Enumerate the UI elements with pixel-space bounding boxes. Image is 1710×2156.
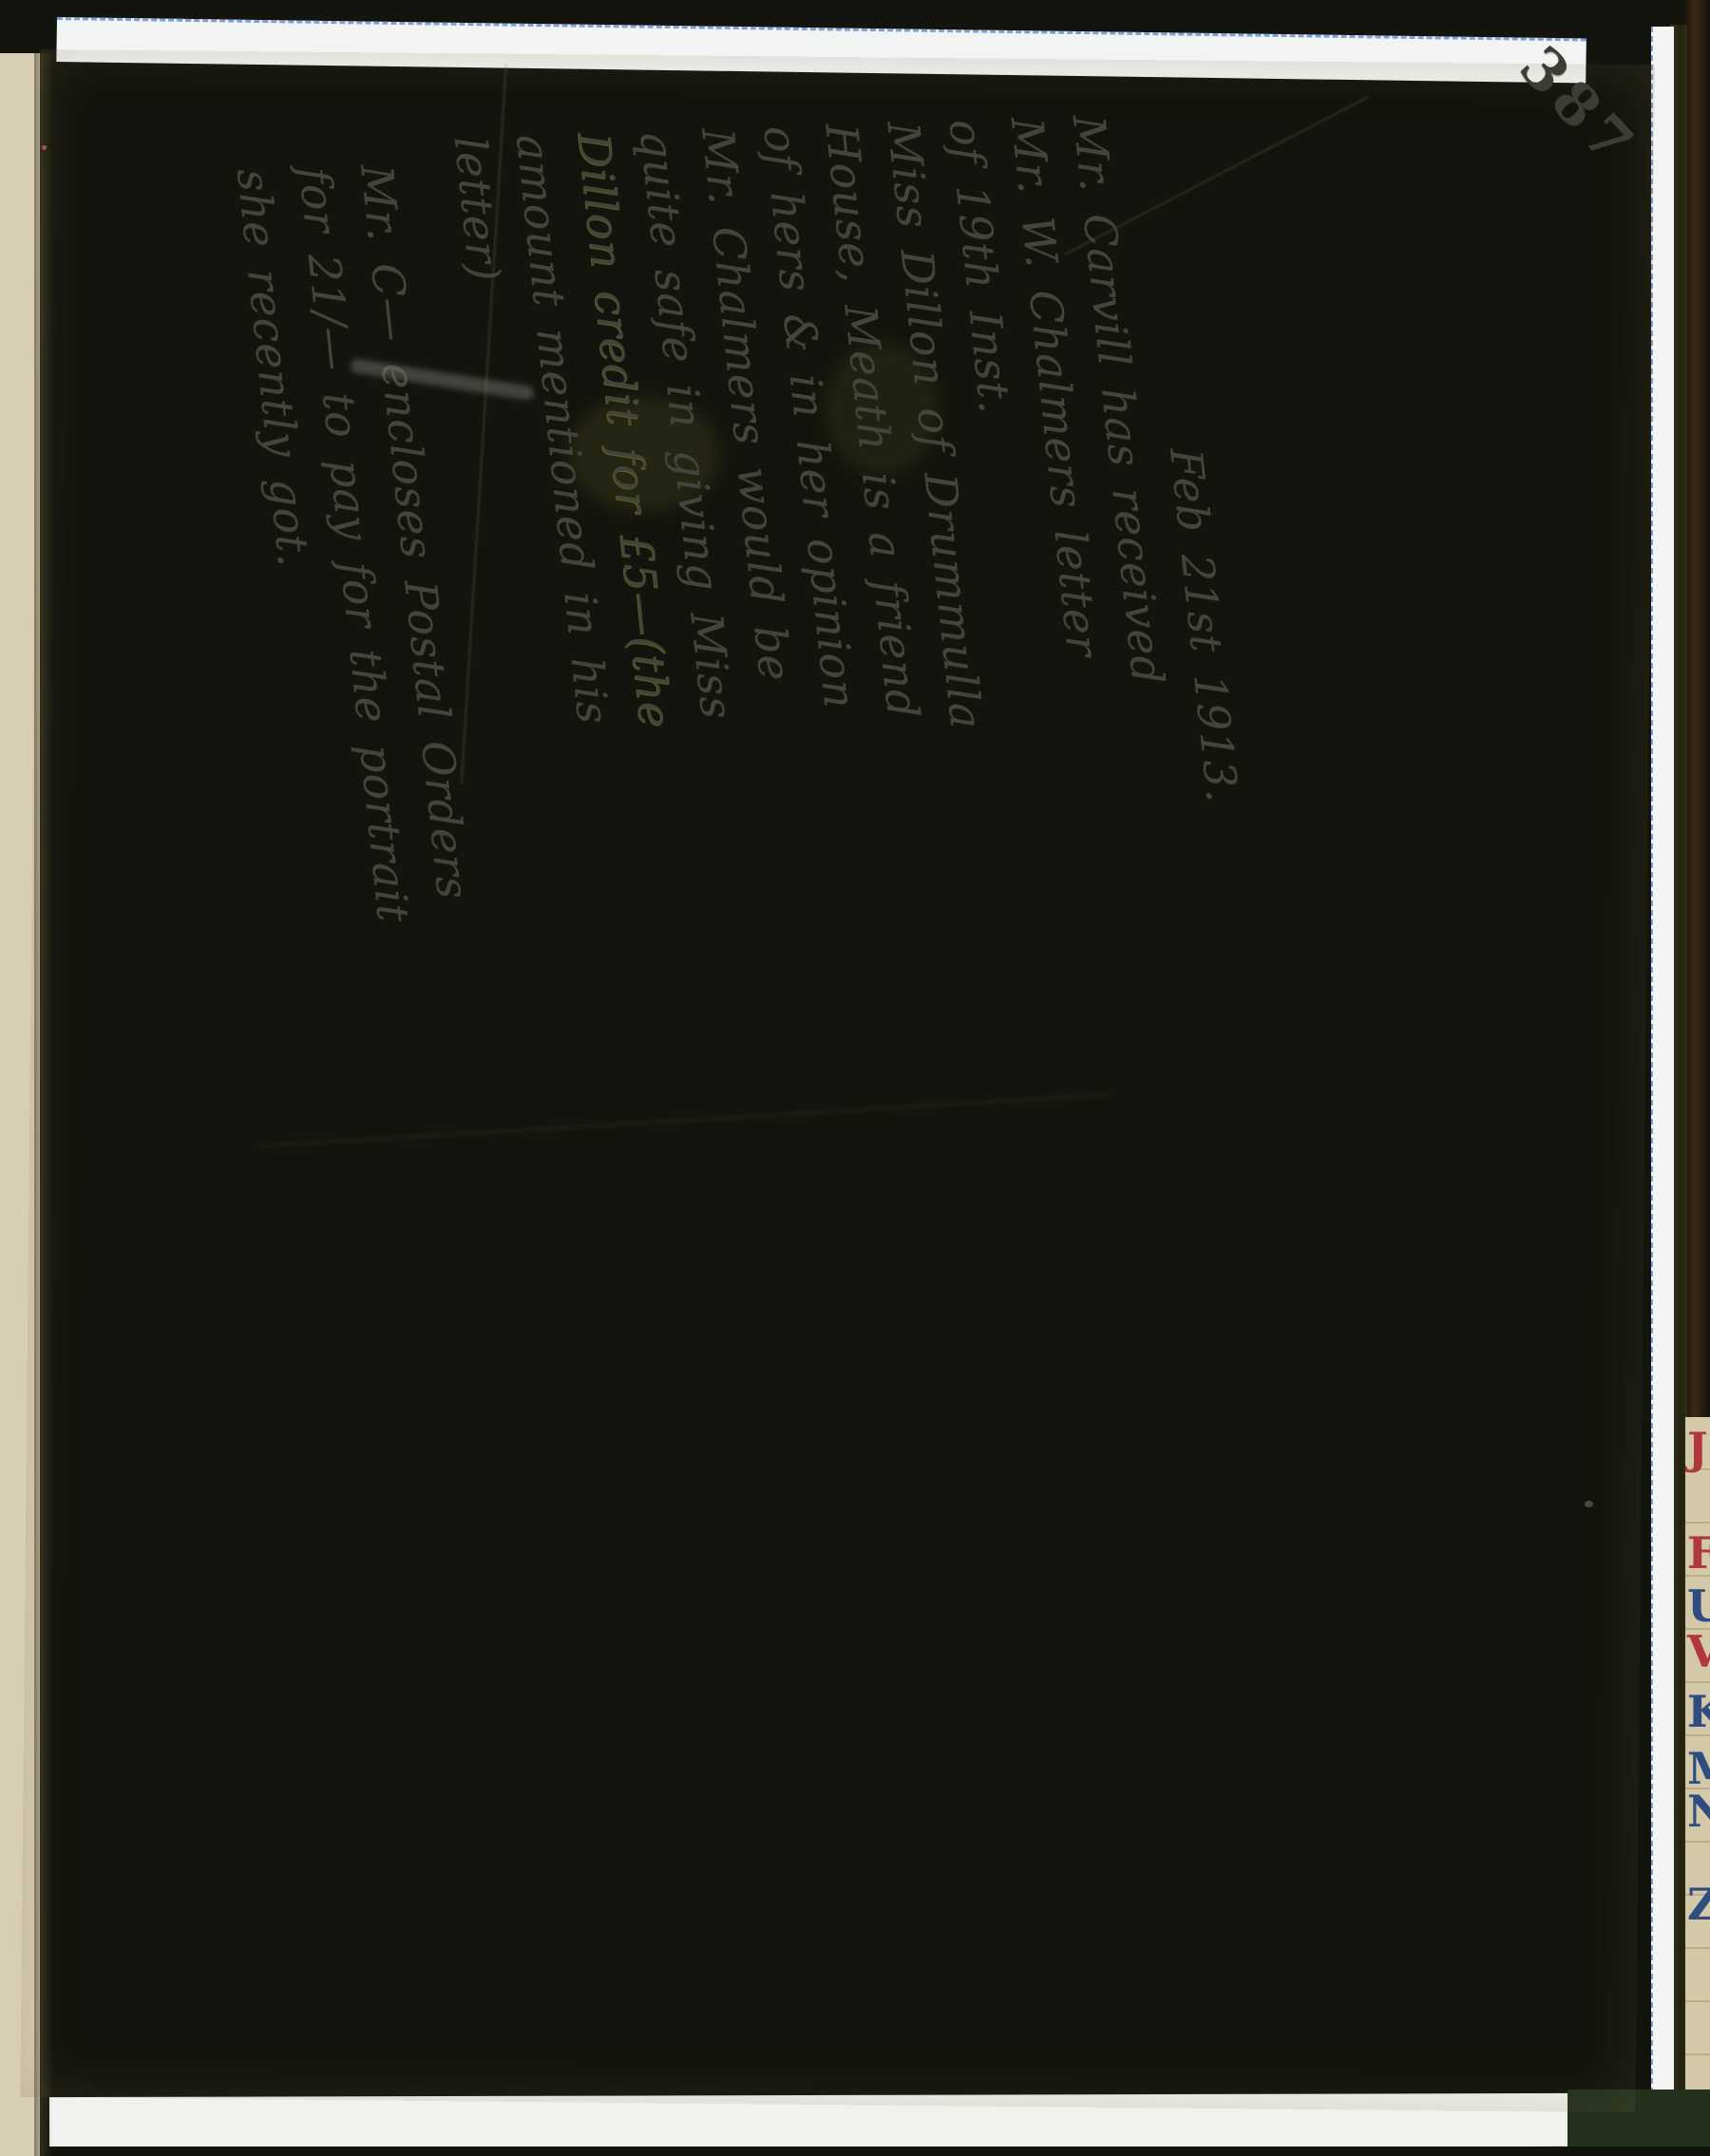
ink-speck <box>1585 1501 1593 1507</box>
red-speck <box>42 145 47 150</box>
handwritten-entry: Feb 21st 1913. Mr. Carvill has received … <box>218 112 1282 1105</box>
index-tab-letter: U <box>1687 1584 1710 1628</box>
index-tab-letter: F <box>1687 1531 1710 1575</box>
index-tab-letter: K <box>1687 1690 1710 1733</box>
index-tab-letter: M <box>1687 1747 1710 1790</box>
index-tab-letter: J <box>1687 1427 1710 1470</box>
index-tab-letter: V <box>1687 1630 1710 1674</box>
book-cover-edge <box>1685 0 1710 1417</box>
bottom-shadow <box>0 2147 1710 2156</box>
index-tab-letter: N <box>1687 1789 1710 1833</box>
fore-edge-white-pages <box>1651 27 1674 2103</box>
index-tab-letter: Z <box>1687 1882 1710 1926</box>
thumb-index-tabs: J F U V K M N Z <box>1685 1417 1710 2097</box>
scanned-page-photo: J F U V K M N Z 387 Feb 21st 1913. Mr. C… <box>0 0 1710 2156</box>
